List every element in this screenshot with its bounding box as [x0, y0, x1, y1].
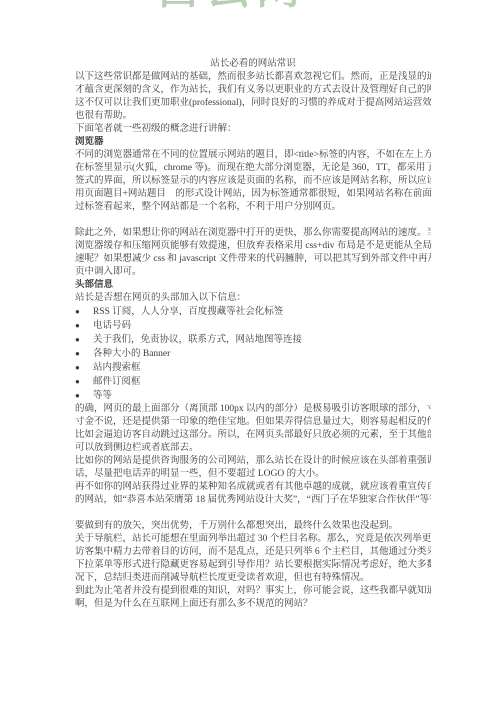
text-line: 再不如你的网站获得过业界的某种知名成就或者有其他卓越的成就，就应该着重宣传自己 [75, 481, 431, 494]
text-line: 过标签看起来，整个网站都是一个名称，不利于用户分别网页。 [75, 201, 431, 214]
text-line: 才蕴含更深刻的含义，作为站长，我们有义务以更职业的方式去设计及管理好自己的网站， [75, 84, 431, 97]
bullet-list-item: ●RSS 订阅，人人分享，百度搜藏等社会化标签 [75, 305, 431, 319]
bullet-icon: ● [75, 375, 93, 388]
bullet-icon: ● [75, 333, 93, 346]
bullet-item-text: RSS 订阅，人人分享，百度搜藏等社会化标签 [93, 306, 283, 319]
blank-line [75, 507, 431, 520]
text-line: 的网站，如“恭喜本站荣膺第 18 届优秀网站设计大奖”，“西门子在华独家合作伙伴… [75, 494, 431, 507]
text-line: 话，尽量把电话弄的明显一些，但不要超过 LOGO 的大小。 [75, 468, 431, 481]
bullet-item-text: 关于我们，免责协议，联系方式，网站地图等连接 [93, 334, 302, 347]
bullet-icon: ● [75, 305, 93, 318]
text-line: 浏览器缓存和压缩网页能够有效提速，但放弃表格采用 css+div 布局是不是更能… [75, 240, 431, 253]
text-line: 访客集中精力去带着目的访问，而不是乱点，还是只列举 6 个主栏目，其他通过分类采… [75, 546, 431, 559]
text-line: 不同的浏览器通常在不同的位置展示网站的题目，即<title>标签的内容，不如在左… [75, 149, 431, 162]
bullet-list-item: ●电话号码 [75, 319, 431, 333]
text-line: 速呢？如果想减少 css 和 javascript 文件带来的代码臃肿，可以把其… [75, 253, 431, 266]
text-line: 比如你的网站是提供咨询服务的公司网站，那么站长在设计的时候应该在头部着重强调电 [75, 455, 431, 468]
text-line: 站长是否想在网页的头部加入以下信息： [75, 292, 431, 305]
section-heading: 浏览器 [75, 136, 431, 149]
text-line: 的确，网页的最上面部分（离顶部 100px 以内的部分）是极易吸引访客眼球的部分… [75, 403, 431, 416]
bullet-item-text: 等等 [93, 390, 112, 403]
text-line: 关于导航栏，站长可能想在里面列举出超过 30 个栏目名称。那么，究竟是依次列举更… [75, 533, 431, 546]
document-page: 白云网 站长必看的网站常识 以下这些常识都是做网站的基础，然而很多站长都喜欢忽视… [0, 0, 500, 708]
bullet-item-text: 站内搜索框 [93, 362, 141, 375]
text-line: 在标签里显示(火狐，chrome 等)。而现在绝大部分浏览器，无论是 360，T… [75, 162, 431, 175]
bullet-item-text: 电话号码 [93, 320, 131, 333]
text-line: 到此为止笔者并没有提到很难的知识，对吗？事实上，你可能会说，这些我都早就知道了 [75, 585, 431, 598]
bullet-list-item: ●各种大小的 Banner [75, 347, 431, 361]
bullet-list-item: ●站内搜索框 [75, 361, 431, 375]
bullet-icon: ● [75, 389, 93, 402]
text-lines: 以下这些常识都是做网站的基础，然而很多站长都喜欢忽视它们。然而，正是浅显的道理才… [75, 71, 431, 611]
text-line: 这不仅可以让我们更加职业(professional)，同时良好的习惯的养成对于提… [75, 97, 431, 110]
text-line: 啊，但是为什么在互联网上面还有那么多不规范的网站？ [75, 598, 431, 611]
text-line: 以下这些常识都是做网站的基础，然而很多站长都喜欢忽视它们。然而，正是浅显的道理 [75, 71, 431, 84]
bullet-list-item: ●关于我们，免责协议，联系方式，网站地图等连接 [75, 333, 431, 347]
text-line: 可以放到侧边栏或者底部去。 [75, 442, 431, 455]
text-line: 要做到有的放矢，突出优势，千万别什么都想突出，最终什么效果也没起到。 [75, 520, 431, 533]
bullet-icon: ● [75, 361, 93, 374]
section-heading: 头部信息 [75, 279, 431, 292]
bullet-item-text: 各种大小的 Banner [93, 348, 170, 361]
text-line: 比如会逼迫访客自动跳过这部分。所以，在网页头部最好只放必须的元素，至于其他部分 [75, 429, 431, 442]
text-line: 下拉菜单等形式进行隐藏更容易起到引导作用？站长要根据实际情况考虑好，绝大多数情 [75, 559, 431, 572]
bullet-icon: ● [75, 319, 93, 332]
text-line: 签式的界面，所以标签显示的内容应该是页面的名称，而不应该是网站名称，所以应该采 [75, 175, 431, 188]
text-line: 用页面题目+网站题目 的形式设计网站，因为标签通常都很短，如果网站名称在前面，通 [75, 188, 431, 201]
blank-line [75, 214, 431, 227]
document-body: 站长必看的网站常识 以下这些常识都是做网站的基础，然而很多站长都喜欢忽视它们。然… [75, 58, 431, 611]
bullet-icon: ● [75, 347, 93, 360]
bullet-list-item: ●等等 [75, 389, 431, 403]
bullet-list-item: ●邮件订阅框 [75, 375, 431, 389]
text-line: 下面笔者就一些初级的概念进行讲解： [75, 123, 431, 136]
text-line: 页中调入即可。 [75, 266, 431, 279]
text-line: 寸金不说，还是提供第一印象的绝佳宝地。但如果弄得信息量过大，则容易起相反的作用， [75, 416, 431, 429]
bullet-item-text: 邮件订阅框 [93, 376, 141, 389]
text-line: 况下，总结归类进而削减导航栏长度更受读者欢迎，但也有特殊情况。 [75, 572, 431, 585]
text-line: 除此之外，如果想让你的网站在浏览器中打开的更快，那么你需要提高网站的速度。当然， [75, 227, 431, 240]
watermark: 白云网 [156, 0, 296, 11]
watermark-text: 白云网 [156, 0, 296, 11]
page-title: 站长必看的网站常识 [75, 58, 431, 71]
text-line: 也很有帮助。 [75, 110, 431, 123]
